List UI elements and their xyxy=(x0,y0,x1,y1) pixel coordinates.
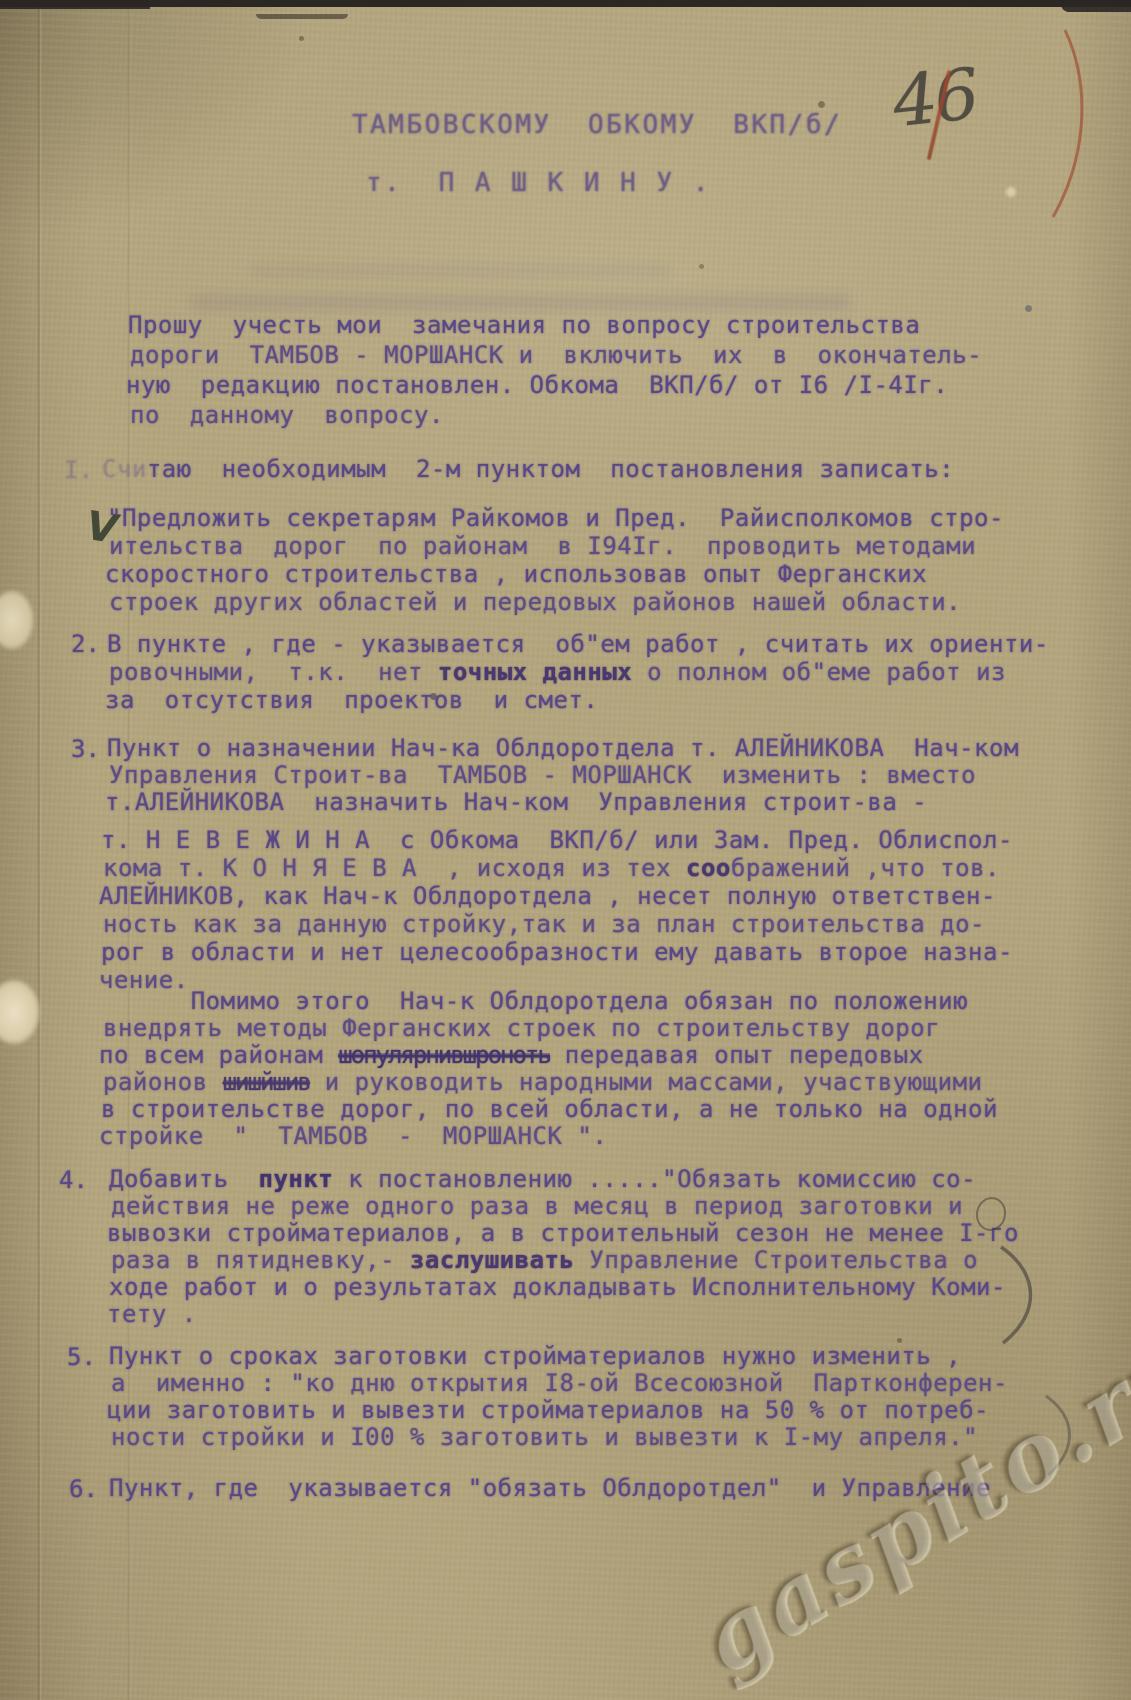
text-segment: скоростного строительства , использовав … xyxy=(105,560,927,588)
text-segment: Пункт о назначении Нач-ка Облдоротдела т… xyxy=(107,734,1019,762)
text-line: ности стройки и I00 % заготовить и вывез… xyxy=(111,1424,1008,1451)
text-segment-bold: пункт xyxy=(259,1165,334,1193)
text-segment: районов xyxy=(103,1068,223,1096)
text-line: Считаю необходимым 2-м пунктом постановл… xyxy=(102,456,954,483)
item-1-text: Считаю необходимым 2-м пунктом постановл… xyxy=(102,456,954,483)
text-line: Управления Строит-ва ТАМБОВ - МОРШАНСК и… xyxy=(109,762,1019,789)
paper-damage-spot xyxy=(0,979,40,1045)
text-line: рог в области и нет целесообразности ему… xyxy=(101,938,1013,966)
item-2-number: 2. xyxy=(71,630,100,658)
text-line: Пункт о сроках заготовки стройматериалов… xyxy=(109,1343,1008,1370)
text-segment-struck: шишйшив xyxy=(223,1068,310,1096)
item-4-text: Добавить пункт к постановлению ....."Обя… xyxy=(109,1166,1019,1328)
scan-edge-shadow xyxy=(1061,0,1131,12)
paper-edge-tear xyxy=(256,14,348,19)
intro-paragraph: Прошу учесть мои замечания по вопросу ст… xyxy=(128,310,982,430)
text-line: Добавить пункт к постановлению ....."Обя… xyxy=(109,1166,1019,1193)
text-segment-bold: заслушивать xyxy=(410,1246,574,1274)
text-segment: бражений ,что тов. xyxy=(731,854,1000,882)
text-line: по данному вопросу. xyxy=(130,400,982,430)
red-edge-mark xyxy=(1035,25,1125,225)
text-segment: дороги ТАМБОВ - МОРШАНСК и включить их в… xyxy=(130,341,982,369)
text-segment: внедрять методы Ферганских строек по стр… xyxy=(103,1014,940,1042)
text-line: раза в пятидневку,- заслушивать Управлен… xyxy=(111,1247,1019,1274)
text-segment: Управления Строит-ва ТАМБОВ - МОРШАНСК и… xyxy=(109,761,976,789)
text-line: строек других областей и передовых район… xyxy=(109,588,1004,616)
text-line: за отсутствия проектов и смет. xyxy=(105,686,1049,714)
scan-edge-shadow xyxy=(0,0,150,9)
text-segment: ительства дорог по районам в I94Iг. пров… xyxy=(109,532,976,560)
recipient-line-pashkin: т. П А Ш К И Н У . xyxy=(366,168,711,198)
text-line: ность как за данную стройку,так и за пла… xyxy=(103,910,1013,938)
text-segment: т.АЛЕЙНИКОВА назначить Нач-ком Управлени… xyxy=(105,788,927,816)
item-3-number: 3. xyxy=(71,735,100,763)
ink-ghost-smudge xyxy=(250,265,670,277)
text-line: стройке " ТАМБОВ - МОРШАНСК ". xyxy=(99,1123,998,1150)
text-segment: т. Н Е В Е Ж И Н А с Обкома ВКП/б/ или З… xyxy=(101,826,1013,854)
text-line: т.АЛЕЙНИКОВА назначить Нач-ком Управлени… xyxy=(105,789,1019,816)
text-segment: а именно : "ко дню открытия I8-ой Всесою… xyxy=(111,1369,1008,1397)
scanned-document-page: ТАМБОВСКОМУ ОБКОМУ ВКП/б/ т. П А Ш К И Н… xyxy=(0,0,1131,1700)
text-segment: рог в области и нет целесообразности ему… xyxy=(101,938,1013,966)
text-segment: тету . xyxy=(107,1300,197,1328)
text-segment: стройке " ТАМБОВ - МОРШАНСК ". xyxy=(99,1122,607,1150)
text-segment: за отсутствия проектов и смет. xyxy=(105,686,598,714)
text-line: действия не реже одного раза в месяц в п… xyxy=(111,1193,1019,1220)
pencil-paren-mark xyxy=(993,1243,1053,1347)
text-line: ровочными, т.к. нет точных данных о полн… xyxy=(109,658,1049,686)
text-segment: Управление Строительства о xyxy=(574,1246,978,1274)
text-segment: по всем районам xyxy=(99,1041,338,1069)
paper-sheet: ТАМБОВСКОМУ ОБКОМУ ВКП/б/ т. П А Ш К И Н… xyxy=(0,7,1131,1700)
text-line: тету . xyxy=(107,1301,1019,1328)
text-segment: вывозки стройматериалов, а в строительны… xyxy=(107,1219,1019,1247)
text-segment-struck: шопулярнившроноть xyxy=(338,1041,550,1069)
text-line: ительства дорог по районам в I94Iг. пров… xyxy=(109,532,1004,560)
text-line: Пункт о назначении Нач-ка Облдоротдела т… xyxy=(107,735,1019,762)
text-segment: строек других областей и передовых район… xyxy=(109,588,961,616)
item-3-continuation: т. Н Е В Е Ж И Н А с Обкома ВКП/б/ или З… xyxy=(101,826,1013,994)
text-line: а именно : "ко дню открытия I8-ой Всесою… xyxy=(111,1370,1008,1397)
text-line: ную редакцию постановлен. Обкома ВКП/б/ … xyxy=(126,370,982,400)
text-segment: Добавить xyxy=(109,1165,259,1193)
text-segment: таю необходимым 2-м пунктом постановлени… xyxy=(147,455,954,483)
paper-damage-spot xyxy=(1006,187,1016,197)
paper-damage-spot xyxy=(0,590,34,650)
text-segment: к постановлению ....."Обязать комиссию с… xyxy=(333,1165,976,1193)
paper-fold-line xyxy=(37,7,42,1700)
text-segment: ности стройки и I00 % заготовить и вывез… xyxy=(111,1423,978,1451)
text-line: "Предложить секретарям Райкомов и Пред. … xyxy=(107,504,1004,532)
text-line: в строительстве дорог, по всей области, … xyxy=(101,1096,998,1123)
item-6-number: 6. xyxy=(69,1475,98,1503)
text-segment: Прошу учесть мои замечания по вопросу ст… xyxy=(128,311,920,339)
text-segment: "Предложить секретарям Райкомов и Пред. … xyxy=(107,504,1004,532)
text-segment-bold: соо xyxy=(686,854,731,882)
text-line: В пункте , где - указывается об"ем работ… xyxy=(107,630,1049,658)
text-segment: и руководить народными массами, участвую… xyxy=(310,1068,983,1096)
text-segment: ровочными, т.к. нет xyxy=(109,658,438,686)
item-1-number: I. xyxy=(64,456,93,484)
text-line: кома т. К О Н Я Е В А , исходя из тех со… xyxy=(103,854,1013,882)
text-segment: по данному вопросу. xyxy=(130,401,444,429)
item-2-text: В пункте , где - указывается об"ем работ… xyxy=(107,630,1049,714)
text-segment: передавая опыт передовых xyxy=(550,1041,924,1069)
text-line: внедрять методы Ферганских строек по стр… xyxy=(103,1015,998,1042)
text-segment: действия не реже одного раза в месяц в п… xyxy=(111,1192,963,1220)
text-segment: в строительстве дорог, по всей области, … xyxy=(101,1095,998,1123)
text-segment: В пункте , где - указывается об"ем работ… xyxy=(107,630,1049,658)
text-segment: кома т. К О Н Я Е В А , исходя из тех xyxy=(103,854,686,882)
text-segment: АЛЕЙНИКОВ, как Нач-к Облдоротдела , несе… xyxy=(99,882,996,910)
text-line: ции заготовить и вывезти стройматериалов… xyxy=(107,1397,1008,1424)
text-segment-vfaded: Счи xyxy=(102,455,147,483)
item-3-text: Пункт о назначении Нач-ка Облдоротдела т… xyxy=(107,735,1019,816)
text-line: по всем районам шопулярнившроноть переда… xyxy=(99,1042,998,1069)
text-segment: раза в пятидневку,- xyxy=(111,1246,410,1274)
text-line: Помимо этого Нач-к Облдоротдела обязан п… xyxy=(101,988,998,1015)
text-segment: Помимо этого Нач-к Облдоротдела обязан п… xyxy=(101,987,968,1015)
text-segment: ции заготовить и вывезти стройматериалов… xyxy=(107,1396,989,1424)
item-4-number: 4. xyxy=(59,1166,88,1194)
text-line: скоростного строительства , использовав … xyxy=(105,560,1004,588)
text-line: Прошу учесть мои замечания по вопросу ст… xyxy=(128,310,982,340)
text-segment: ность как за данную стройку,так и за пла… xyxy=(103,910,985,938)
text-segment: о полном об"еме работ из xyxy=(632,658,1006,686)
text-segment: ную редакцию постановлен. Обкома ВКП/б/ … xyxy=(126,371,948,399)
text-segment-bold: точных данных xyxy=(438,658,632,686)
item-5-number: 5. xyxy=(67,1343,96,1371)
text-line: дороги ТАМБОВ - МОРШАНСК и включить их в… xyxy=(130,340,982,370)
text-line: районов шишйшив и руководить народными м… xyxy=(103,1069,998,1096)
text-line: вывозки стройматериалов, а в строительны… xyxy=(107,1220,1019,1247)
text-line: ходе работ и о результатах докладывать И… xyxy=(109,1274,1019,1301)
recipient-line-obkom: ТАМБОВСКОМУ ОБКОМУ ВКП/б/ xyxy=(352,110,842,140)
text-segment: ходе работ и о результатах докладывать И… xyxy=(109,1273,1006,1301)
item-5-text: Пункт о сроках заготовки стройматериалов… xyxy=(109,1343,1008,1451)
ink-ghost-smudge xyxy=(190,295,850,310)
text-line: АЛЕЙНИКОВ, как Нач-к Облдоротдела , несе… xyxy=(99,882,1013,910)
quoted-proposal-paragraph: "Предложить секретарям Райкомов и Пред. … xyxy=(107,504,1004,616)
text-line: т. Н Е В Е Ж И Н А с Обкома ВКП/б/ или З… xyxy=(101,826,1013,854)
item-3-addendum: Помимо этого Нач-к Облдоротдела обязан п… xyxy=(101,988,998,1150)
text-segment: Пункт о сроках заготовки стройматериалов… xyxy=(109,1342,961,1370)
